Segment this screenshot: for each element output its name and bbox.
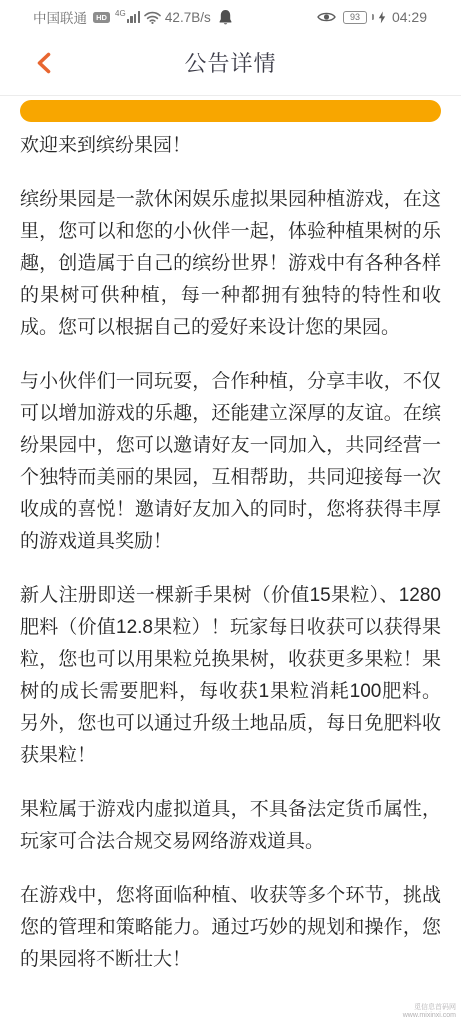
wifi-icon [144, 11, 161, 24]
eye-comfort-icon [317, 11, 336, 23]
hd-badge: HD [93, 12, 110, 23]
status-bar: 中国联通 HD 4G 42.7B/s [0, 0, 461, 30]
phone-screen: 中国联通 HD 4G 42.7B/s [0, 0, 461, 1024]
announcement-paragraph: 欢迎来到缤纷果园！ [20, 130, 441, 162]
chevron-left-icon [36, 52, 51, 74]
status-bar-right: 93 04:29 [317, 9, 427, 25]
nav-header: 公告详情 [0, 30, 461, 96]
signal-bars-icon [127, 11, 140, 23]
announcement-paragraph: 新人注册即送一棵新手果树（价值15果粒）、1280肥料（价值12.8果粒）！玩家… [20, 580, 441, 772]
carrier-label: 中国联通 [33, 7, 87, 27]
announcement-paragraph: 果粒属于游戏内虚拟道具，不具备法定货币属性，玩家可合法合规交易网络游戏道具。 [20, 794, 441, 858]
announcement-paragraph: 在游戏中，您将面临种植、收获等多个环节，挑战您的管理和策略能力。通过巧妙的规划和… [20, 880, 441, 976]
announcement-paragraph: 缤纷果园是一款休闲娱乐虚拟果园种植游戏，在这里，您可以和您的小伙伴一起，体验种植… [20, 184, 441, 344]
network-speed-label: 42.7B/s [165, 10, 211, 25]
announcement-card-accent-bar [20, 100, 441, 122]
notification-bell-icon [218, 9, 233, 25]
network-type-label: 4G [115, 10, 126, 18]
battery-tip [372, 14, 374, 20]
page-title: 公告详情 [184, 47, 276, 78]
status-bar-left: 中国联通 HD 4G 42.7B/s [33, 7, 233, 27]
clock-label: 04:29 [392, 9, 427, 25]
announcement-paragraph: 与小伙伴们一同玩耍，合作种植，分享丰收，不仅可以增加游戏的乐趣，还能建立深厚的友… [20, 366, 441, 558]
battery-percent-label: 93 [350, 12, 360, 22]
announcement-body: 欢迎来到缤纷果园！ 缤纷果园是一款休闲娱乐虚拟果园种植游戏，在这里，您可以和您的… [0, 122, 461, 976]
site-watermark: 觅信息首码网 www.mixinxi.com [403, 1004, 456, 1020]
charging-bolt-icon [378, 11, 386, 24]
watermark-site-url: www.mixinxi.com [403, 1012, 456, 1020]
signal-4g-icon: 4G [115, 11, 140, 23]
back-button[interactable] [30, 48, 56, 78]
watermark-site-name: 觅信息首码网 [403, 1004, 456, 1012]
battery-icon: 93 [343, 11, 367, 24]
